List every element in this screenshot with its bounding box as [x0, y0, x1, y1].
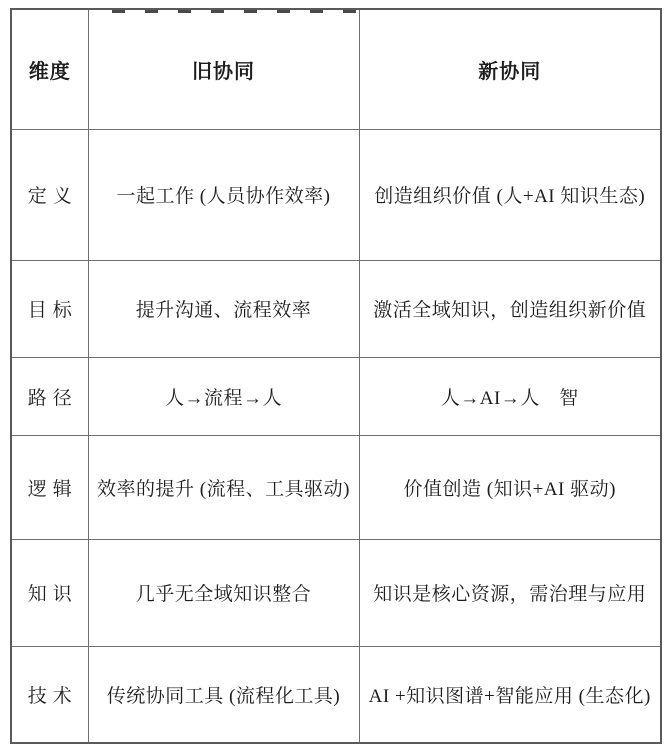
table-row: 逻辑 效率的提升 (流程、工具驱动) 价值创造 (知识+AI 驱动)	[11, 435, 661, 539]
old-collaboration-cell: 人→流程→人	[88, 357, 359, 435]
new-collaboration-cell: 创造组织价值 (人+AI 知识生态)	[359, 129, 661, 260]
new-collaboration-cell: 激活全域知识，创造组织新价值	[359, 260, 661, 357]
table-row: 知识 几乎无全域知识整合 知识是核心资源，需治理与应用	[11, 539, 661, 646]
new-collaboration-cell: 知识是核心资源，需治理与应用	[359, 539, 661, 646]
row-dimension-label: 技术	[11, 646, 88, 743]
old-collaboration-cell: 一起工作 (人员协作效率)	[88, 129, 359, 260]
row-dimension-label: 路径	[11, 357, 88, 435]
row-dimension-label: 定义	[11, 129, 88, 260]
header-dimension: 维度	[11, 9, 88, 129]
row-dimension-label: 逻辑	[11, 435, 88, 539]
new-collaboration-cell: 价值创造 (知识+AI 驱动)	[359, 435, 661, 539]
clipped-row-remnant	[112, 10, 362, 14]
table-row: 目标 提升沟通、流程效率 激活全域知识，创造组织新价值	[11, 260, 661, 357]
page: 维度 旧协同 新协同 定义 一起工作 (人员协作效率) 创造组织价值 (人+AI…	[0, 0, 669, 749]
header-old-collaboration: 旧协同	[88, 9, 359, 129]
comparison-table: 维度 旧协同 新协同 定义 一起工作 (人员协作效率) 创造组织价值 (人+AI…	[10, 8, 662, 744]
header-new-collaboration: 新协同	[359, 9, 661, 129]
table-row: 技术 传统协同工具 (流程化工具) AI +知识图谱+智能应用 (生态化)	[11, 646, 661, 743]
old-collaboration-cell: 传统协同工具 (流程化工具)	[88, 646, 359, 743]
table-row: 定义 一起工作 (人员协作效率) 创造组织价值 (人+AI 知识生态)	[11, 129, 661, 260]
comparison-table-wrapper: 维度 旧协同 新协同 定义 一起工作 (人员协作效率) 创造组织价值 (人+AI…	[10, 8, 662, 744]
table-body: 定义 一起工作 (人员协作效率) 创造组织价值 (人+AI 知识生态) 目标 提…	[11, 129, 661, 743]
new-collaboration-cell: AI +知识图谱+智能应用 (生态化)	[359, 646, 661, 743]
old-collaboration-cell: 提升沟通、流程效率	[88, 260, 359, 357]
old-collaboration-cell: 几乎无全域知识整合	[88, 539, 359, 646]
new-collaboration-cell: 人→AI→人 智	[359, 357, 661, 435]
row-dimension-label: 知识	[11, 539, 88, 646]
header-row: 维度 旧协同 新协同	[11, 9, 661, 129]
table-row: 路径 人→流程→人 人→AI→人 智	[11, 357, 661, 435]
row-dimension-label: 目标	[11, 260, 88, 357]
old-collaboration-cell: 效率的提升 (流程、工具驱动)	[88, 435, 359, 539]
